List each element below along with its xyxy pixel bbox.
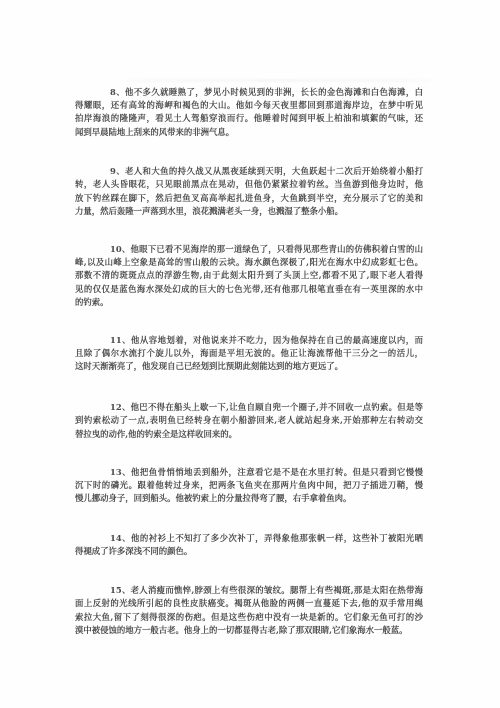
text-line: 漠中被侵蚀的地方一般古老。他身上的一切都显得古老,除了那双眼睛,它们象海水一般蓝… [75,624,423,637]
text-line: 索拉大鱼,留下了刻得很深的伤疤。但是这些伤疤中没有一块是新的。它们象无鱼可打的沙 [75,611,423,624]
text-line: 面上反射的光线所引起的良性皮肤癌变。褐斑从他脸的两侧一直蔓延下去,他的双手常用绳 [75,597,423,610]
paragraph-14: 14、他的衬衫上不知打了多少次补丁，弄得象他那张帆一样，这些补丁被阳光晒 得褪成… [75,532,423,559]
text-line: 11、他从容地划着，对他说来并不吃力，因为他保持在自己的最高速度以内，而 [75,334,423,347]
paragraph-8: 8、他不多久就睡熟了，梦见小时候见到的非洲，长长的金色海滩和白色海滩，白 得耀眼… [75,86,423,139]
paragraph-9: 9、老人和大鱼的持久战又从黑夜延续到天明，大鱼跃起十二次后开始绕着小船打 转，老… [75,165,423,218]
text-line: 13、他把鱼骨悄悄地丢到船外，注意看它是不是在水里打转。但是只看到它慢慢 [75,466,423,479]
text-line: 闻到早晨陆地上刮来的风带来的非洲气息。 [75,126,423,139]
text-line: 到钓索松动了一点,表明鱼已经转身在朝小船游回来,老人就站起身来,开始那种左右转动… [75,414,423,427]
bleed-through-shadow [125,79,430,82]
text-line: 9、老人和大鱼的持久战又从黑夜延续到天明，大鱼跃起十二次后开始绕着小船打 [75,165,423,178]
text-line: 得耀眼，还有高耸的海岬和褐色的大山。他如今每天夜里都回到那道海岸边，在梦中听见 [75,99,423,112]
text-line: 12、他巴不得在船头上歇一下,让鱼自顾自兜一个圈子,并不回收一点钓索。但是等 [75,401,423,414]
text-line: 沉下时的磷光。跟着他转过身来，把两条飞鱼夹在那两片鱼肉中间，把刀子插进刀鞘，慢 [75,479,423,492]
text-line: 得褪成了许多深浅不同的颜色。 [75,545,423,558]
text-line: 10、他眼下已看不见海岸的那一道绿色了，只看得见那些青山的仿佛积着白雪的山 [75,243,423,256]
paragraph-15: 15、老人消瘦而憔悴,脖颈上有些很深的皱纹。腮帮上有些褐斑,那是太阳在热带海 面… [75,584,423,637]
text-line: 峰,以及山峰上空象是高耸的雪山般的云块。海水颜色深极了,阳光在海水中幻成彩虹七色… [75,256,423,269]
text-line: 拍岸海浪的隆隆声，看见土人驾船穿浪而行。他睡着时闻到甲板上柏油和填絮的气味，还 [75,112,423,125]
text-line: 转，老人头昏眼花，只见眼前黑点在晃动，但他仍紧紧拉着钓丝。当鱼游到他身边时，他 [75,178,423,191]
text-line: 见的仅仅是蓝色海水深处幻成的巨大的七色光带,还有他那几根笔直垂在有一英里深的水中 [75,283,423,296]
text-line: 慢儿挪动身子，回到船头。他被钓索上的分量拉得弯了腰，右手拿着鱼肉。 [75,492,423,505]
paragraph-11: 11、他从容地划着，对他说来并不吃力，因为他保持在自己的最高速度以内，而 且除了… [75,334,423,374]
text-line: 的钓索。 [75,296,423,309]
text-line: 且除了偶尔水流打个旋儿以外，海面是平坦无波的。他正让海流帮他干三分之一的活儿， [75,347,423,360]
text-line: 放下钓丝踩在脚下，然后把鱼叉高高举起扎进鱼身，大鱼跳到半空，充分展示了它的美和 [75,192,423,205]
paragraph-10: 10、他眼下已看不见海岸的那一道绿色了，只看得见那些青山的仿佛积着白雪的山 峰,… [75,243,423,309]
paragraph-13: 13、他把鱼骨悄悄地丢到船外，注意看它是不是在水里打转。但是只看到它慢慢 沉下时… [75,466,423,506]
text-line: 那数不清的斑斑点点的浮游生物,由于此刻太阳升到了头顶上空,都看不见了,眼下老人看… [75,269,423,282]
text-line: 这时天渐渐亮了，他发现自己已经划到比预期此刻能达到的地方更远了。 [75,360,423,373]
text-line: 力量，然后轰隆一声落到水里，浪花溅满老头一身，也溅湿了整条小船。 [75,205,423,218]
text-line: 14、他的衬衫上不知打了多少次补丁，弄得象他那张帆一样，这些补丁被阳光晒 [75,532,423,545]
paragraph-12: 12、他巴不得在船头上歇一下,让鱼自顾自兜一个圈子,并不回收一点钓索。但是等 到… [75,401,423,441]
document-page: 8、他不多久就睡熟了，梦见小时候见到的非洲，长长的金色海滩和白色海滩，白 得耀眼… [0,0,500,708]
text-line: 替拉曳的动作,他的钓索全是这样收回来的。 [75,428,423,441]
text-line: 15、老人消瘦而憔悴,脖颈上有些很深的皱纹。腮帮上有些褐斑,那是太阳在热带海 [75,584,423,597]
text-line: 8、他不多久就睡熟了，梦见小时候见到的非洲，长长的金色海滩和白色海滩，白 [75,86,423,99]
